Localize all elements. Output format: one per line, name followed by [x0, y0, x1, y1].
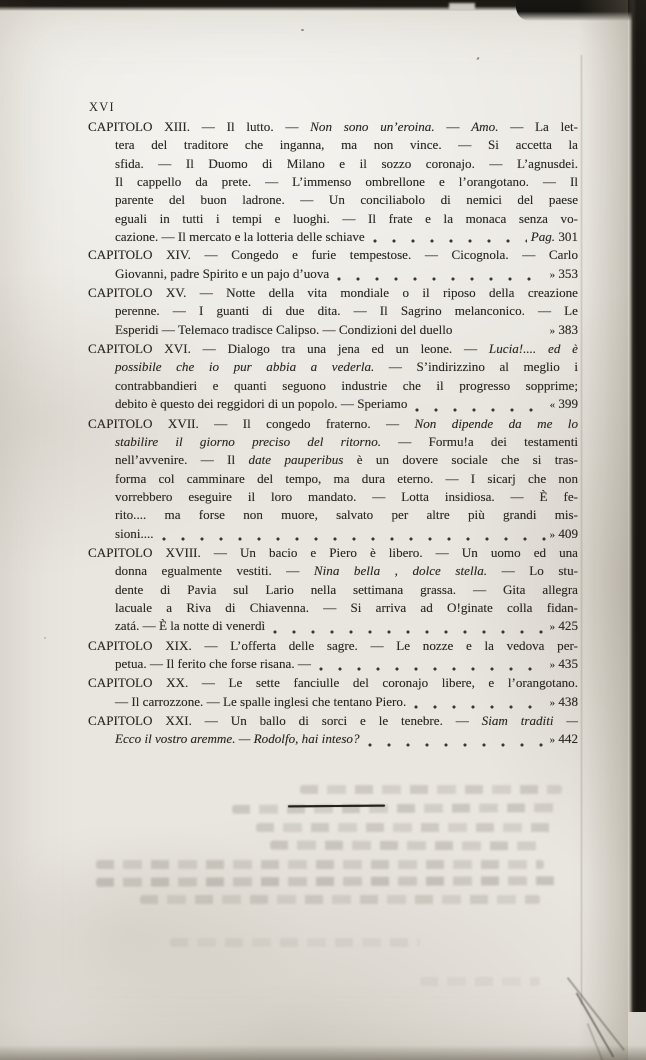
toc-text-italic: possibile che io pur abbia a vederla. — [115, 359, 374, 374]
toc-line-text: Giovanni, padre Spirito e un pajo d’uova — [115, 265, 329, 283]
toc-text: tera del traditore che inganna, ma non v… — [115, 137, 578, 152]
toc-line-text: sfida. — Il Duomo di Milano e il sozzo c… — [115, 156, 578, 171]
toc-line: Giovanni, padre Spirito e un pajo d’uova… — [115, 265, 578, 284]
toc-text: perenne. — I guanti di due dita. — Il Sa… — [115, 303, 578, 318]
toc-text: debito è questo dei reggidori di un popo… — [115, 396, 407, 411]
toc-entry: CAPITOLO XVI. — Dialogo tra una jena ed … — [88, 340, 578, 414]
toc-page-ref-mark: » — [550, 529, 556, 541]
toc-text: contrabbandieri e quanti seguono industr… — [115, 378, 578, 393]
toc-page-number: 399 — [558, 396, 578, 411]
toc-text: CAPITOLO XVIII. — Un bacio e Piero è lib… — [88, 545, 578, 560]
toc-line-text: CAPITOLO XIII. — Il lutto. — Non sono un… — [88, 119, 578, 134]
toc-page-ref: » 353 — [550, 265, 578, 284]
dot-leader — [415, 401, 545, 415]
toc-text: nell’avvenire. — Il — [115, 452, 249, 467]
toc-line: rito.... ma forse non muore, salvato per… — [115, 506, 578, 524]
toc-line-text: lacuale a Riva di Chiavenna. — Si arriva… — [115, 600, 578, 615]
toc-line-text: vorrebbero eseguire il loro mandato. — L… — [115, 489, 578, 504]
toc-line-text: CAPITOLO XIX. — L’offerta delle sagre. —… — [88, 638, 578, 653]
toc-line: debito è questo dei reggidori di un popo… — [115, 395, 578, 414]
toc-page-ref: » 435 — [550, 655, 578, 674]
ink-speck — [44, 637, 46, 639]
toc-line: donna egualmente vestiti. — Nina bella ,… — [115, 562, 578, 580]
show-through-text — [96, 876, 556, 887]
toc-line: tera del traditore che inganna, ma non v… — [115, 136, 578, 154]
toc-text: rito.... ma forse non muore, salvato per… — [115, 507, 578, 522]
toc-line-text: rito.... ma forse non muore, salvato per… — [115, 507, 578, 522]
dot-leader — [460, 326, 545, 340]
toc-line-text: debito è questo dei reggidori di un popo… — [115, 395, 407, 413]
dot-leader — [414, 698, 545, 712]
toc-line-text: sioni.... — [115, 525, 154, 543]
toc-text: donna egualmente vestiti. — — [115, 563, 314, 578]
toc-line: sioni....» 409 — [115, 525, 578, 544]
toc-text: CAPITOLO XIX. — L’offerta delle sagre. —… — [88, 638, 578, 653]
toc-page-number: 383 — [558, 322, 578, 337]
toc-line-text: possibile che io pur abbia a vederla. — … — [115, 359, 578, 374]
toc-entry: CAPITOLO XIV. — Congedo e furie tempesto… — [88, 246, 578, 284]
toc-line-text: CAPITOLO XV. — Notte della vita mondiale… — [88, 285, 578, 300]
toc-line: — Il carrozzone. — Le spalle inglesi che… — [115, 693, 578, 712]
toc-line-text: petua. — Il ferito che forse risana. — — [115, 655, 311, 673]
toc-page-ref-mark: » — [550, 325, 556, 337]
toc-line: parente del buon ladrone. — Un conciliab… — [115, 191, 578, 209]
toc-line: perenne. — I guanti di due dita. — Il Sa… — [115, 302, 578, 320]
toc-line-text: CAPITOLO XVII. — Il congedo fraterno. — … — [88, 416, 578, 431]
toc-text: sioni.... — [115, 526, 154, 541]
toc-text-italic: date pauperibus — [249, 452, 344, 467]
toc-line: CAPITOLO XVI. — Dialogo tra una jena ed … — [88, 340, 578, 358]
toc-text: — Il carrozzone. — Le spalle inglesi che… — [115, 694, 406, 709]
toc-line-text: forma col camminare del tempo, ma dura e… — [115, 471, 578, 486]
toc-line-text: Esperidi — Telemaco tradisce Calipso. — … — [115, 321, 452, 339]
toc-page-ref-mark: » — [550, 269, 556, 281]
toc-text-italic: stabilire il giorno preciso del ritorno. — [115, 434, 381, 449]
toc-line: petua. — Il ferito che forse risana. —» … — [115, 655, 578, 674]
toc-line: Il cappello da prete. — L’immenso ombrel… — [115, 173, 578, 191]
toc-text: eguali in tutti i tempi e luoghi. — Il f… — [115, 211, 578, 226]
toc-page-ref: » 442 — [550, 730, 578, 749]
toc-text-italic: Nina bella , dolce stella. — [314, 563, 487, 578]
toc-line: sfida. — Il Duomo di Milano e il sozzo c… — [115, 155, 578, 173]
toc-line: zatá. — È la notte di venerdì» 425 — [115, 617, 578, 636]
toc-entry: CAPITOLO XVII. — Il congedo fraterno. — … — [88, 415, 578, 544]
toc-entry: CAPITOLO XV. — Notte della vita mondiale… — [88, 284, 578, 340]
toc-page-number: 442 — [558, 731, 578, 746]
toc-page-ref: » 425 — [550, 617, 578, 636]
toc-text: — Lo stu- — [487, 563, 578, 578]
toc-line: vorrebbero eseguire il loro mandato. — L… — [115, 488, 578, 506]
toc-line-text: nell’avvenire. — Il date pauperibus è un… — [115, 452, 578, 467]
toc-line: stabilire il giorno preciso del ritorno.… — [115, 433, 578, 451]
toc-page-number: 425 — [558, 618, 578, 633]
toc-text: zatá. — È la notte di venerdì — [115, 618, 265, 633]
toc-line: CAPITOLO XIII. — Il lutto. — Non sono un… — [88, 118, 578, 136]
toc-line-text: parente del buon ladrone. — Un conciliab… — [115, 192, 578, 207]
toc-line-text: dente di Pavia sul Lario nella settimana… — [115, 582, 578, 597]
toc-entry: CAPITOLO XVIII. — Un bacio e Piero è lib… — [88, 544, 578, 637]
toc-page-ref-mark: « — [550, 399, 556, 411]
dot-leader — [162, 530, 546, 544]
toc-page-ref: » 409 — [550, 525, 578, 544]
show-through-text — [300, 785, 562, 794]
toc-line-text: perenne. — I guanti di due dita. — Il Sa… — [115, 303, 578, 318]
toc-line-text: Ecco il vostro aremme. — Rodolfo, hai in… — [115, 730, 360, 748]
toc-text: CAPITOLO XXI. — Un ballo di sorci e le t… — [88, 713, 482, 728]
toc-line-text: CAPITOLO XVI. — Dialogo tra una jena ed … — [88, 341, 578, 356]
toc-entry: CAPITOLO XIX. — L’offerta delle sagre. —… — [88, 637, 578, 675]
toc-line: lacuale a Riva di Chiavenna. — Si arriva… — [115, 599, 578, 617]
toc-line-text: CAPITOLO XX. — Le sette fanciulle del co… — [88, 675, 578, 690]
toc-line-text: — Il carrozzone. — Le spalle inglesi che… — [115, 693, 406, 711]
toc-text-italic: Non sono un’eroina. — [310, 119, 434, 134]
toc-text-italic: Amo. — [471, 119, 498, 134]
scan-bottom-edge — [0, 1045, 646, 1060]
dot-leader — [319, 660, 546, 674]
toc-page-ref-mark: Pag. — [531, 229, 555, 244]
toc-text: dente di Pavia sul Lario nella settimana… — [115, 582, 578, 597]
toc-text: CAPITOLO XIII. — Il lutto. — — [88, 119, 310, 134]
toc-line-text: CAPITOLO XIV. — Congedo e furie tempesto… — [88, 247, 578, 262]
toc-text: — La let- — [498, 119, 578, 134]
toc-text: cazione. — Il mercato e la lotteria dell… — [115, 229, 365, 244]
dot-leader — [368, 736, 546, 750]
toc-text: CAPITOLO XVI. — Dialogo tra una jena ed … — [88, 341, 489, 356]
toc-text: CAPITOLO XVII. — Il congedo fraterno. — — [88, 416, 415, 431]
toc-text: petua. — Il ferito che forse risana. — — [115, 656, 311, 671]
page-edge-crease — [581, 55, 582, 1005]
toc-line-text: eguali in tutti i tempi e luoghi. — Il f… — [115, 211, 578, 226]
scan-top-edge-gap — [449, 3, 475, 10]
toc-line: CAPITOLO XX. — Le sette fanciulle del co… — [88, 674, 578, 692]
show-through-text — [140, 895, 540, 904]
toc-line-text: donna egualmente vestiti. — Nina bella ,… — [115, 563, 578, 578]
toc-line: CAPITOLO XIX. — L’offerta delle sagre. —… — [88, 637, 578, 655]
toc-text: CAPITOLO XV. — Notte della vita mondiale… — [88, 285, 578, 300]
toc-line-text: cazione. — Il mercato e la lotteria dell… — [115, 228, 365, 246]
toc-line: Esperidi — Telemaco tradisce Calipso. — … — [115, 321, 578, 340]
toc-text: — Formu!a dei testamenti — [381, 434, 578, 449]
toc-line-text: Il cappello da prete. — L’immenso ombrel… — [115, 174, 578, 189]
toc-text: sfida. — Il Duomo di Milano e il sozzo c… — [115, 156, 578, 171]
dot-leader — [373, 232, 527, 246]
toc-page-number: 438 — [558, 694, 578, 709]
show-through-text — [270, 841, 542, 851]
toc-text: Esperidi — Telemaco tradisce Calipso. — … — [115, 322, 452, 337]
toc-text-italic: Non dipende da me lo — [415, 416, 578, 431]
toc-page-ref: « 399 — [550, 395, 578, 414]
ink-speck — [301, 29, 304, 31]
scanned-book-page: XVI CAPITOLO XIII. — Il lutto. — Non son… — [0, 0, 646, 1060]
toc-line: nell’avvenire. — Il date pauperibus è un… — [115, 451, 578, 469]
toc-text-italic: Ecco il vostro aremme. — Rodolfo, hai in… — [115, 731, 360, 746]
toc-line-text: CAPITOLO XVIII. — Un bacio e Piero è lib… — [88, 545, 578, 560]
show-through-text — [420, 977, 540, 986]
toc-line: cazione. — Il mercato e la lotteria dell… — [115, 228, 578, 246]
toc-line: dente di Pavia sul Lario nella settimana… — [115, 581, 578, 599]
toc-line-text: tera del traditore che inganna, ma non v… — [115, 137, 578, 152]
toc-text: Giovanni, padre Spirito e un pajo d’uova — [115, 266, 329, 281]
toc-text-italic: Lucia!.... ed è — [489, 341, 578, 356]
toc-line: CAPITOLO XVII. — Il congedo fraterno. — … — [88, 415, 578, 433]
toc-page-number: 435 — [558, 656, 578, 671]
show-through-text — [256, 823, 556, 832]
show-through-text — [232, 803, 562, 814]
show-through-text — [170, 938, 420, 947]
toc-line: eguali in tutti i tempi e luoghi. — Il f… — [115, 210, 578, 228]
toc-page-ref-mark: » — [550, 697, 556, 709]
toc-text: lacuale a Riva di Chiavenna. — Si arriva… — [115, 600, 578, 615]
toc-text: Il cappello da prete. — L’immenso ombrel… — [115, 174, 578, 189]
table-of-contents: CAPITOLO XIII. — Il lutto. — Non sono un… — [88, 118, 578, 750]
page-gutter-shadow — [578, 0, 628, 1060]
toc-line: CAPITOLO XVIII. — Un bacio e Piero è lib… — [88, 544, 578, 562]
toc-text: è un dovere sociale che si tras- — [343, 452, 578, 467]
toc-page-number: 301 — [558, 229, 578, 244]
toc-line: possibile che io pur abbia a vederla. — … — [115, 358, 578, 376]
toc-line: CAPITOLO XV. — Notte della vita mondiale… — [88, 284, 578, 302]
toc-page-number: 409 — [558, 526, 578, 541]
toc-line-text: contrabbandieri e quanti seguono industr… — [115, 378, 578, 393]
toc-text: parente del buon ladrone. — Un conciliab… — [115, 192, 578, 207]
ink-speck — [476, 57, 479, 61]
toc-line-text: stabilire il giorno preciso del ritorno.… — [115, 434, 578, 449]
toc-entry: CAPITOLO XX. — Le sette fanciulle del co… — [88, 674, 578, 712]
toc-text-italic: Siam traditi — — [482, 713, 578, 728]
scan-right-edge — [628, 0, 646, 1012]
dot-leader — [273, 623, 545, 637]
page-number-header: XVI — [89, 100, 115, 115]
toc-line-text: zatá. — È la notte di venerdì — [115, 617, 265, 635]
toc-line: contrabbandieri e quanti seguono industr… — [115, 377, 578, 395]
toc-text: — — [435, 119, 472, 134]
dot-leader — [337, 270, 545, 284]
toc-line: Ecco il vostro aremme. — Rodolfo, hai in… — [115, 730, 578, 749]
toc-page-number: 353 — [558, 266, 578, 281]
toc-line: CAPITOLO XXI. — Un ballo di sorci e le t… — [88, 712, 578, 730]
show-through-text — [96, 860, 544, 869]
toc-entry: CAPITOLO XIII. — Il lutto. — Non sono un… — [88, 118, 578, 246]
toc-page-ref: » 383 — [550, 321, 578, 340]
toc-text: CAPITOLO XX. — Le sette fanciulle del co… — [88, 675, 578, 690]
toc-page-ref-mark: » — [550, 659, 556, 671]
toc-line: CAPITOLO XIV. — Congedo e furie tempesto… — [88, 246, 578, 264]
toc-text: vorrebbero eseguire il loro mandato. — L… — [115, 489, 578, 504]
toc-page-ref-mark: » — [550, 734, 556, 746]
toc-text: forma col camminare del tempo, ma dura e… — [115, 471, 578, 486]
toc-text: — S’indirizzino al meglio i — [374, 359, 578, 374]
toc-page-ref: » 438 — [550, 693, 578, 712]
toc-entry: CAPITOLO XXI. — Un ballo di sorci e le t… — [88, 712, 578, 750]
toc-page-ref-mark: » — [550, 621, 556, 633]
toc-page-ref: Pag. 301 — [531, 228, 578, 246]
toc-text: CAPITOLO XIV. — Congedo e furie tempesto… — [88, 247, 578, 262]
toc-line-text: CAPITOLO XXI. — Un ballo di sorci e le t… — [88, 713, 578, 728]
toc-line: forma col camminare del tempo, ma dura e… — [115, 470, 578, 488]
